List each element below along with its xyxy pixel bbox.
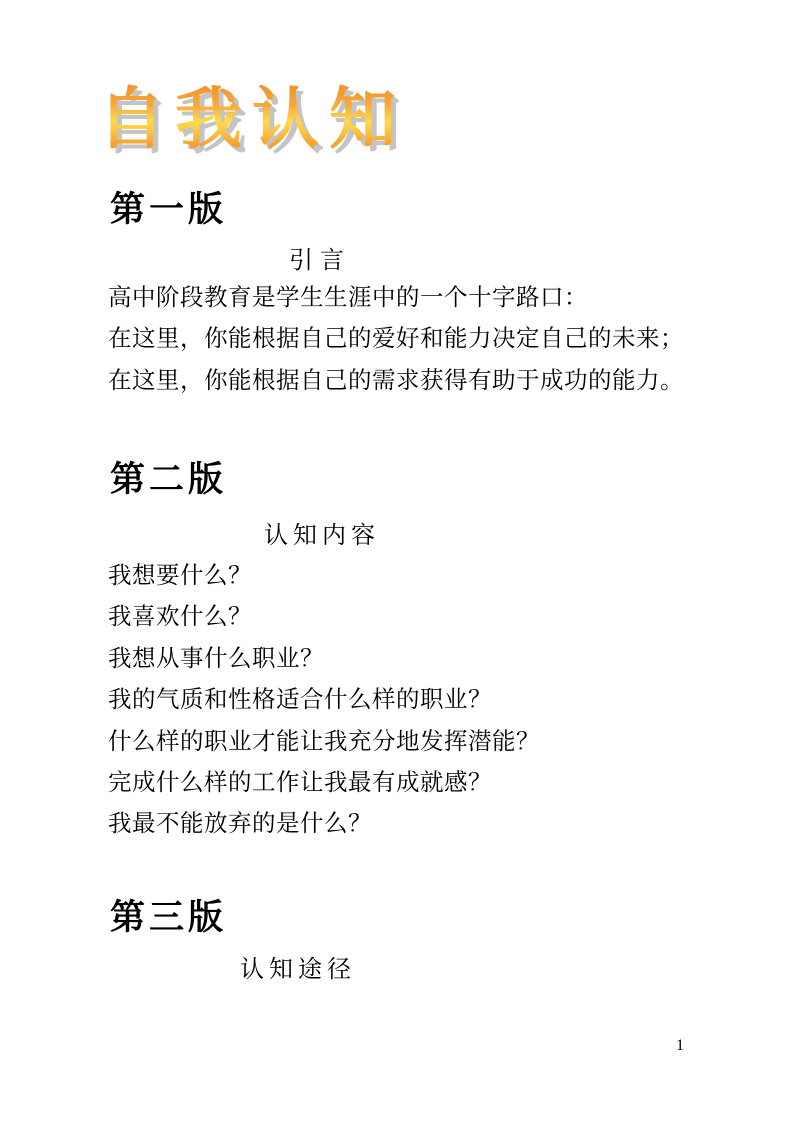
section-2-subtitle: 认知内容 — [264, 522, 380, 551]
section-1-subtitle: 引言 — [289, 247, 351, 276]
section-1-body: 高中阶段教育是学生生涯中的一个十字路口： 在这里，你能根据自己的爱好和能力决定自… — [108, 278, 684, 402]
title-text: 自我认知 — [98, 84, 406, 158]
paragraph-line: 高中阶段教育是学生生涯中的一个十字路口： — [108, 278, 684, 319]
section-2-heading: 第二版 — [110, 461, 227, 500]
section-3-heading: 第三版 — [110, 899, 227, 938]
question-line: 我想要什么？ — [108, 556, 540, 597]
question-line: 我的气质和性格适合什么样的职业？ — [108, 680, 540, 721]
question-line: 什么样的职业才能让我充分地发挥潜能？ — [108, 722, 540, 763]
paragraph-line: 在这里，你能根据自己的爱好和能力决定自己的未来； — [108, 319, 684, 360]
question-line: 完成什么样的工作让我最有成就感？ — [108, 763, 540, 804]
document-page: 自我认知 自我认知 第一版 引言 高中阶段教育是学生生涯中的一个十字路口： 在这… — [0, 0, 793, 1122]
section-2-body: 我想要什么？ 我喜欢什么？ 我想从事什么职业？ 我的气质和性格适合什么样的职业？… — [108, 556, 540, 846]
question-line: 我喜欢什么？ — [108, 597, 540, 638]
paragraph-line: 在这里，你能根据自己的需求获得有助于成功的能力。 — [108, 361, 684, 402]
page-number: 1 — [676, 1036, 684, 1055]
question-line: 我最不能放弃的是什么？ — [108, 804, 540, 845]
question-line: 我想从事什么职业？ — [108, 639, 540, 680]
section-1-heading: 第一版 — [110, 191, 227, 230]
section-3-subtitle: 认知途径 — [240, 956, 356, 985]
